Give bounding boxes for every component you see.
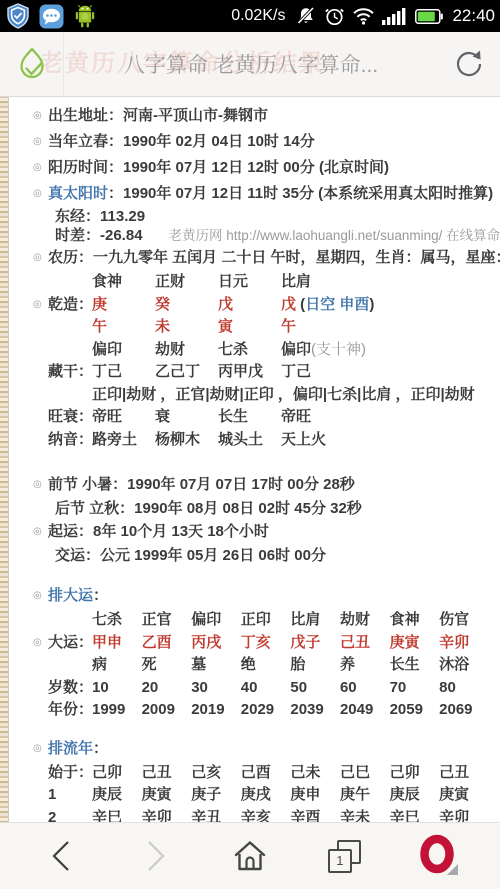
text-segment: 死 <box>142 656 157 673</box>
pillar-row: ◎乾造：庚癸戊戊 (日空 申酉) <box>0 294 500 317</box>
text-segment: 1999 <box>92 701 125 718</box>
cell: 辛未 <box>340 807 390 823</box>
pillar-row: 偏印劫财七杀偏印(支十神) <box>0 339 500 362</box>
text-segment: ( <box>296 296 305 313</box>
text-segment: 劫财 <box>155 341 185 358</box>
cell: 午 <box>281 316 296 339</box>
text-segment: 50 <box>290 679 307 696</box>
text-segment: 己未 <box>290 764 320 781</box>
cell: 20 <box>142 677 192 700</box>
cell: 食神 <box>92 271 155 294</box>
cell: 七杀 <box>218 339 281 362</box>
dayun-row: 年份：19992009201920292039204920592069 <box>0 699 500 722</box>
pillar-row: 食神正财日元比肩 <box>0 271 500 294</box>
text-segment: 偏印 <box>281 341 311 358</box>
text-segment: 长生 <box>390 656 420 673</box>
row-label <box>48 339 92 362</box>
dayun-row: 岁数：1020304050607080 <box>0 677 500 700</box>
text-segment: 己丑 <box>340 634 370 651</box>
bullet-icon: ◎ <box>33 583 42 609</box>
cell: 劫财 <box>340 609 390 632</box>
text-segment: 食神 <box>92 273 122 290</box>
text-segment: 2059 <box>390 701 423 718</box>
back-button[interactable] <box>33 828 89 884</box>
cell: 己亥 <box>191 762 241 785</box>
cell: 甲申 <box>92 632 142 655</box>
cell: 80 <box>439 677 456 700</box>
tab-front-square: 1 <box>328 849 352 873</box>
dayun-section-title: ◎排大运： <box>0 583 500 609</box>
text-segment: 老黄历网 http://www.laohuangli.net/suanming/… <box>169 228 500 243</box>
text-segment: 正印|劫财 ，正官|劫财|正印 ，偏印|七杀|比肩 ，正印|劫财 <box>92 386 475 403</box>
cell: 50 <box>290 677 340 700</box>
row-label: 大运： <box>48 632 92 655</box>
cell: 病 <box>92 654 142 677</box>
cell: 己丑 <box>439 762 469 785</box>
cell: 天上火 <box>281 429 326 452</box>
text-segment: 2029 <box>241 701 274 718</box>
cell: 正印 <box>241 609 291 632</box>
text-segment: 劫财 <box>340 611 370 628</box>
link[interactable]: 真太阳时 <box>48 185 108 202</box>
cell: 2059 <box>390 699 440 722</box>
text-segment: 丁己 <box>92 363 122 380</box>
text-segment: 时差：-26.84 <box>55 227 143 244</box>
cell: 辛亥 <box>241 807 291 823</box>
text-segment: 辛卯 <box>439 809 469 823</box>
text-segment: 衰 <box>155 408 170 425</box>
text-segment: 2 <box>48 809 56 823</box>
cell: 庚辰 <box>390 784 440 807</box>
text-segment: 正印 <box>241 611 271 628</box>
bullet-icon: ◎ <box>33 294 42 317</box>
text-segment: 庚辰 <box>92 786 122 803</box>
text-segment: 30 <box>191 679 208 696</box>
text-segment: 甲申 <box>92 634 122 651</box>
page-content: ◎出生地址：河南-平顶山市-舞钢市◎当年立春：1990年 02月 04日 10时… <box>0 103 500 822</box>
tabs-button[interactable]: 1 <box>316 828 372 884</box>
home-button[interactable] <box>222 828 278 884</box>
text-segment: 20 <box>142 679 159 696</box>
cell: 庚 <box>92 294 155 317</box>
row-label: 纳音： <box>48 429 92 452</box>
text-segment: 午 <box>281 318 296 335</box>
bullet-icon: ◎ <box>33 736 42 762</box>
cell: 衰 <box>155 406 218 429</box>
pillar-row: 纳音：路旁土杨柳木城头土天上火 <box>0 429 500 452</box>
dayun-row: ◎大运：甲申乙酉丙戌丁亥戊子己丑庚寅辛卯 <box>0 632 500 655</box>
cell: 庚寅 <box>439 784 469 807</box>
text-segment: 40 <box>241 679 258 696</box>
cell: 丁亥 <box>241 632 291 655</box>
text-segment: 日元 <box>218 273 248 290</box>
text-segment: 2019 <box>191 701 224 718</box>
opera-icon <box>416 833 462 879</box>
bullet-icon: ◎ <box>33 632 42 655</box>
dayun-row: 七杀正官偏印正印比肩劫财食神伤官 <box>0 609 500 632</box>
text-segment: 辛未 <box>340 809 370 823</box>
cell: 庚戌 <box>241 784 291 807</box>
text-segment: 比肩 <box>290 611 320 628</box>
cell: 丙戌 <box>191 632 241 655</box>
cell: 己未 <box>290 762 340 785</box>
cell: 癸 <box>155 294 218 317</box>
cell: 庚寅 <box>142 784 192 807</box>
cell: 庚子 <box>191 784 241 807</box>
text-segment: 己卯 <box>390 764 420 781</box>
text-segment: 丙戌 <box>191 634 221 651</box>
cell: 庚辰 <box>92 784 142 807</box>
mute-bell-icon <box>295 6 317 26</box>
status-left-icons <box>6 3 97 29</box>
cell: 30 <box>191 677 241 700</box>
row-label: 始于： <box>48 762 92 785</box>
text-segment: 岁数： <box>48 679 93 696</box>
signal-bars-icon <box>382 7 408 25</box>
text-segment: 长生 <box>218 408 248 425</box>
cell: 己卯 <box>92 762 142 785</box>
cell: 己酉 <box>241 762 291 785</box>
liunian-row: 2辛巳辛卯辛丑辛亥辛酉辛未辛巳辛卯 <box>0 807 500 823</box>
text-segment: 乙己丁 <box>155 363 200 380</box>
cell: 绝 <box>241 654 291 677</box>
cell: 寅 <box>218 316 281 339</box>
text-segment: 年份： <box>48 701 93 718</box>
cell: 辛卯 <box>439 632 469 655</box>
row-label: 年份： <box>48 699 92 722</box>
text-segment: 庚子 <box>191 786 221 803</box>
cell: 正官 <box>142 609 192 632</box>
text-segment: 70 <box>390 679 407 696</box>
text-segment: 天上火 <box>281 431 326 448</box>
text-segment: 前节 小暑：1990年 07月 07日 17时 00分 28秒 <box>48 476 355 493</box>
text-segment: 丁己 <box>281 363 311 380</box>
text-segment: 己丑 <box>142 764 172 781</box>
text-segment: ) <box>369 296 374 313</box>
cell: 2049 <box>340 699 390 722</box>
bullet-icon: ◎ <box>33 181 42 207</box>
text-segment: 辛酉 <box>290 809 320 823</box>
cell: 未 <box>155 316 218 339</box>
text-segment: 未 <box>155 318 170 335</box>
cell: 2019 <box>191 699 241 722</box>
refresh-icon[interactable] <box>452 47 486 81</box>
cell: 长生 <box>218 406 281 429</box>
text-segment: 藏干： <box>48 363 93 380</box>
cell: 食神 <box>390 609 440 632</box>
text-segment: 帝旺 <box>281 408 311 425</box>
text-segment: 旺衰： <box>48 408 93 425</box>
cell: 正财 <box>155 271 218 294</box>
cell: 2039 <box>290 699 340 722</box>
cell: 帝旺 <box>92 406 155 429</box>
dayun-section: ◎排大运：七杀正官偏印正印比肩劫财食神伤官◎大运：甲申乙酉丙戌丁亥戊子己丑庚寅辛… <box>0 583 500 722</box>
back-icon <box>46 837 76 875</box>
text-segment: 庚寅 <box>390 634 420 651</box>
cell: 2069 <box>439 699 472 722</box>
text-segment: 起运：8年 10个月 13天 18个小时 <box>48 523 269 540</box>
tab-count: 1 <box>336 853 343 868</box>
home-icon <box>229 837 271 875</box>
cell: 丙甲戊 <box>218 361 281 384</box>
text-segment: 偏印 <box>191 611 221 628</box>
text-segment: 农历：一九九零年 五闰月 二十日 午时，星期四，生肖：属马，星座：巨蟹座 <box>48 249 500 266</box>
cell: 辛卯 <box>142 807 192 823</box>
text-segment: 己巳 <box>340 764 370 781</box>
info-line: ◎农历：一九九零年 五闰月 二十日 午时，星期四，生肖：属马，星座：巨蟹座 <box>0 245 500 271</box>
info-line: ◎阳历时间：1990年 07月 12日 12时 00分 (北京时间) <box>0 155 500 181</box>
web-page: 老黄历八字算命分析结果 ◎出生地址：河南-平顶山市-舞钢市◎当年立春：1990年… <box>0 32 500 822</box>
pillar-row: 旺衰：帝旺衰长生帝旺 <box>0 406 500 429</box>
cell: 辛酉 <box>290 807 340 823</box>
jieqi-line: ◎前节 小暑：1990年 07月 07日 17时 00分 28秒 <box>0 473 500 497</box>
row-label <box>48 654 92 677</box>
cell: 杨柳木 <box>155 429 218 452</box>
row-label: 旺衰： <box>48 406 92 429</box>
forward-icon <box>141 837 171 875</box>
cell: 戊子 <box>290 632 340 655</box>
bullet-icon: ◎ <box>33 473 42 497</box>
cell: 墓 <box>191 654 241 677</box>
cell: 长生 <box>390 654 440 677</box>
page-title-bar[interactable]: 八字算命 老黄历八字算命... <box>64 49 438 79</box>
cell: 劫财 <box>155 339 218 362</box>
text-segment: 沐浴 <box>439 656 469 673</box>
text-segment: 养 <box>340 656 355 673</box>
text-segment: 1 <box>48 786 56 803</box>
text-segment: 偏印 <box>92 341 122 358</box>
text-segment: 辛卯 <box>142 809 172 823</box>
cell: 70 <box>390 677 440 700</box>
text-segment: 癸 <box>155 296 170 313</box>
text-segment: 阳历时间：1990年 07月 12日 12时 00分 (北京时间) <box>48 159 389 176</box>
text-segment: 出生地址：河南-平顶山市-舞钢市 <box>48 107 268 124</box>
cell: 10 <box>92 677 142 700</box>
text-segment: 路旁土 <box>92 431 137 448</box>
jieqi-line: ◎起运：8年 10个月 13天 18个小时 <box>0 520 500 544</box>
text-segment: 辛卯 <box>439 634 469 651</box>
row-label <box>48 271 92 294</box>
row-label: 2 <box>48 807 92 823</box>
info-line: ◎真太阳时：1990年 07月 12日 11时 35分 (本系统采用真太阳时推算… <box>0 181 500 207</box>
text-segment: 食神 <box>390 611 420 628</box>
text-segment: 病 <box>92 656 107 673</box>
row-label <box>48 316 92 339</box>
cell: 乙酉 <box>142 632 192 655</box>
cell: 己卯 <box>390 762 440 785</box>
row-label: 1 <box>48 784 92 807</box>
text-segment: 始于： <box>48 764 93 781</box>
text-segment: 庚寅 <box>142 786 172 803</box>
browser-bottom-bar: 1 <box>0 822 500 889</box>
info-line: ◎出生地址：河南-平顶山市-舞钢市 <box>0 103 500 129</box>
cell: 帝旺 <box>281 406 311 429</box>
row-label: 乾造： <box>48 294 92 317</box>
text-segment: 丙甲戊 <box>218 363 263 380</box>
link[interactable]: 日空 申酉 <box>305 296 369 313</box>
text-segment: 后节 立秋：1990年 08月 08日 02时 45分 32秒 <box>55 500 362 517</box>
bullet-icon: ◎ <box>33 155 42 181</box>
text-segment: 大运： <box>48 634 93 651</box>
messenger-icon <box>39 4 64 29</box>
cell: 庚申 <box>290 784 340 807</box>
cell: 辛巳 <box>92 807 142 823</box>
info-line: 时差：-26.84老黄历网 http://www.laohuangli.net/… <box>0 226 500 245</box>
text-segment: 庚辰 <box>390 786 420 803</box>
cell: 40 <box>241 677 291 700</box>
cell: 养 <box>340 654 390 677</box>
cell: 偏印(支十神) <box>281 339 366 362</box>
opera-menu-button[interactable] <box>411 828 467 884</box>
cell: 偏印 <box>92 339 155 362</box>
text-segment: 正官 <box>142 611 172 628</box>
text-segment: 己亥 <box>191 764 221 781</box>
text-segment: 2069 <box>439 701 472 718</box>
text-segment: 午 <box>92 318 107 335</box>
cell: 己巳 <box>340 762 390 785</box>
bullet-icon: ◎ <box>33 103 42 129</box>
pillar-row: 午未寅午 <box>0 316 500 339</box>
text-segment: 纳音： <box>48 431 93 448</box>
jieqi-line: 后节 立秋：1990年 08月 08日 02时 45分 32秒 <box>0 497 500 521</box>
cell: 偏印 <box>191 609 241 632</box>
text-segment: 城头土 <box>218 431 263 448</box>
jieqi-line: 交运：公元 1999年 05月 26日 06时 00分 <box>0 544 500 568</box>
text-segment: 辛巳 <box>390 809 420 823</box>
link[interactable]: 排流年 <box>48 740 93 757</box>
cell: 七杀 <box>92 609 142 632</box>
cell: 辛卯 <box>439 807 469 823</box>
four-pillars-table: 食神正财日元比肩◎乾造：庚癸戊戊 (日空 申酉)午未寅午偏印劫财七杀偏印(支十神… <box>0 271 500 451</box>
cell: 丁己 <box>281 361 311 384</box>
liunian-row: 始于：己卯己丑己亥己酉己未己巳己卯己丑 <box>0 762 500 785</box>
text-segment: 墓 <box>191 656 206 673</box>
text-segment: ：1990年 07月 12日 11时 35分 (本系统采用真太阳时推算) <box>108 185 493 202</box>
text-segment: 辛亥 <box>241 809 271 823</box>
text-segment: 60 <box>340 679 357 696</box>
pillar-row-note: 正印|劫财 ，正官|劫财|正印 ，偏印|七杀|比肩 ，正印|劫财 <box>0 384 500 407</box>
info-line: ◎当年立春：1990年 02月 04日 10时 14分 <box>0 129 500 155</box>
cell: 60 <box>340 677 390 700</box>
liunian-section-title: ◎排流年： <box>0 736 500 762</box>
cell: 胎 <box>290 654 340 677</box>
text-segment: 庚申 <box>290 786 320 803</box>
pillar-row: 藏干：丁己乙己丁丙甲戊丁己 <box>0 361 500 384</box>
battery-icon <box>415 9 443 24</box>
cell: 日元 <box>218 271 281 294</box>
forward-button[interactable] <box>128 828 184 884</box>
text-segment: 杨柳木 <box>155 431 200 448</box>
cell: 辛丑 <box>191 807 241 823</box>
text-segment: 正财 <box>155 273 185 290</box>
cell: 丁己 <box>92 361 155 384</box>
info-line: 东经：113.29 <box>0 207 500 226</box>
cell: 庚寅 <box>390 632 440 655</box>
text-segment: 丁亥 <box>241 634 271 651</box>
text-segment: 庚戌 <box>241 786 271 803</box>
status-bar: 0.02K/s <box>0 0 500 32</box>
text-segment: 2049 <box>340 701 373 718</box>
text-segment: ： <box>93 740 108 757</box>
cell: 庚午 <box>340 784 390 807</box>
jieqi-section: ◎前节 小暑：1990年 07月 07日 17时 00分 28秒后节 立秋：19… <box>0 473 500 567</box>
text-segment: 10 <box>92 679 109 696</box>
cell: 沐浴 <box>439 654 469 677</box>
birth-info-section: ◎出生地址：河南-平顶山市-舞钢市◎当年立春：1990年 02月 04日 10时… <box>0 103 500 271</box>
text-segment: 绝 <box>241 656 256 673</box>
cell: 己丑 <box>142 762 192 785</box>
text-segment: 庚午 <box>340 786 370 803</box>
security-shield-icon <box>6 3 30 29</box>
text-segment: 帝旺 <box>92 408 122 425</box>
cell: 比肩 <box>290 609 340 632</box>
text-segment: (支十神) <box>311 341 366 358</box>
cell: 死 <box>142 654 192 677</box>
cell: 辛巳 <box>390 807 440 823</box>
row-label <box>48 609 92 632</box>
cell: 比肩 <box>281 271 311 294</box>
text-segment: 交运：公元 1999年 05月 26日 06时 00分 <box>55 547 326 564</box>
text-segment: 胎 <box>290 656 305 673</box>
text-segment: 比肩 <box>281 273 311 290</box>
text-segment: 乙酉 <box>142 634 172 651</box>
text-segment: 庚 <box>92 296 107 313</box>
text-segment: 当年立春：1990年 02月 04日 10时 14分 <box>48 133 315 150</box>
text-segment: 戊 <box>218 296 233 313</box>
text-segment: 辛丑 <box>191 809 221 823</box>
text-segment: 庚寅 <box>439 786 469 803</box>
text-segment: 辛巳 <box>92 809 122 823</box>
cell: 戊 <box>218 294 281 317</box>
text-segment: 乾造： <box>48 296 93 313</box>
cell: 城头土 <box>218 429 281 452</box>
android-icon <box>73 3 97 29</box>
text-segment: 七杀 <box>218 341 248 358</box>
liunian-row: 1庚辰庚寅庚子庚戌庚申庚午庚辰庚寅 <box>0 784 500 807</box>
row-label: 岁数： <box>48 677 92 700</box>
bullet-icon: ◎ <box>33 520 42 544</box>
cell: 己丑 <box>340 632 390 655</box>
text-segment: 寅 <box>218 318 233 335</box>
cell: 2029 <box>241 699 291 722</box>
text-segment: 戊 <box>281 296 296 313</box>
liunian-section: ◎排流年：始于：己卯己丑己亥己酉己未己巳己卯己丑1庚辰庚寅庚子庚戌庚申庚午庚辰庚… <box>0 736 500 823</box>
cell: 午 <box>92 316 155 339</box>
row-label: 藏干： <box>48 361 92 384</box>
text-segment: 己卯 <box>92 764 122 781</box>
cell: 乙己丁 <box>155 361 218 384</box>
text-segment: 戊子 <box>290 634 320 651</box>
cell: 2009 <box>142 699 192 722</box>
bullet-icon: ◎ <box>33 129 42 155</box>
wifi-icon <box>352 7 375 25</box>
browser-toolbar: 八字算命 老黄历八字算命... <box>0 32 500 97</box>
cell: 伤官 <box>439 609 469 632</box>
cell: 1999 <box>92 699 142 722</box>
link[interactable]: 排大运 <box>48 587 93 604</box>
cell: 戊 (日空 申酉) <box>281 294 374 317</box>
text-segment: 2009 <box>142 701 175 718</box>
bullet-icon: ◎ <box>33 245 42 271</box>
text-segment: 伤官 <box>439 611 469 628</box>
text-segment: 七杀 <box>92 611 122 628</box>
clock-time: 22:40 <box>452 6 495 26</box>
text-segment: 己酉 <box>241 764 271 781</box>
phone-screen: 0.02K/s <box>0 0 500 889</box>
alarm-clock-icon <box>324 6 345 27</box>
drop-check-icon[interactable] <box>14 45 50 83</box>
text-segment: 己丑 <box>439 764 469 781</box>
